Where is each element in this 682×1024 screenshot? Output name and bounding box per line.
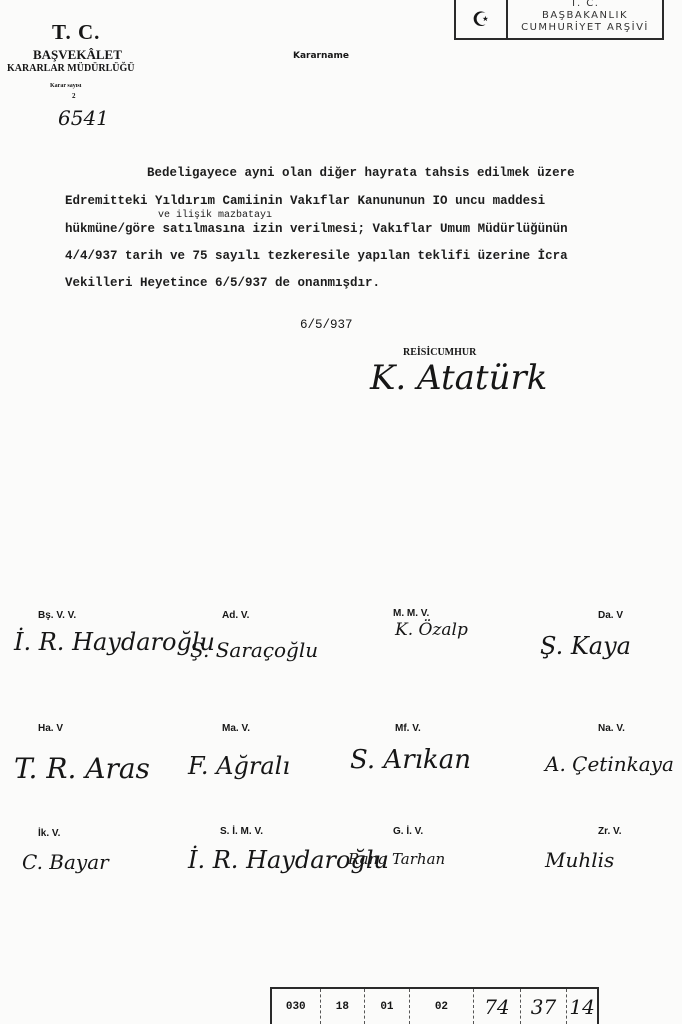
archive-stamp-text: T. C. BAŞBAKANLIK CUMHURİYET ARŞİVİ — [508, 0, 662, 38]
body-line-3-insert: ve ilişik mazbatayı — [158, 210, 272, 221]
minister-role: Ad. V. — [222, 610, 249, 621]
minister-role: Mf. V. — [395, 723, 421, 734]
minister-role: Ha. V — [38, 723, 63, 734]
minister-role: G. İ. V. — [393, 826, 423, 837]
ref-cell: 37 — [521, 989, 568, 1024]
president-signature: K. Atatürk — [370, 358, 547, 398]
minister-role: Bş. V. V. — [38, 610, 76, 621]
minister-role: Ma. V. — [222, 723, 250, 734]
body-line-4: 4/4/937 tarih ve 75 sayılı tezkeresile y… — [65, 249, 568, 263]
ref-cell: 18 — [321, 989, 366, 1024]
minister-signature: S. Arıkan — [350, 745, 471, 775]
minister-signature: Ş. Kaya — [540, 632, 631, 660]
minister-signature: C. Bayar — [22, 850, 109, 874]
minister-role: Na. V. — [598, 723, 625, 734]
ref-cell: 14 — [567, 989, 597, 1024]
stamp-line1: T. C. — [508, 0, 662, 10]
minister-signature: A. Çetinkaya — [545, 752, 674, 776]
minister-role: M. M. V. — [393, 608, 429, 619]
body-line-2: Edremitteki Yıldırım Camiinin Vakıflar K… — [65, 194, 545, 208]
ref-cell: 02 — [410, 989, 474, 1024]
ref-cell: 01 — [365, 989, 410, 1024]
minister-signature: Rana Tarhan — [348, 850, 445, 868]
body-line-5: Vekilleri Heyetince 6/5/937 de onanmışdı… — [65, 276, 380, 290]
ref-cell: 030 — [272, 989, 321, 1024]
minister-role: S. İ. M. V. — [220, 826, 263, 837]
minister-role: İk. V. — [38, 828, 60, 839]
minister-role: Zr. V. — [598, 826, 622, 837]
decision-label: Karar sayısı — [50, 83, 81, 89]
body-line-3: hükmüne/göre satılmasına izin verilmesi;… — [65, 222, 568, 236]
crescent-star-icon: ☪ — [456, 0, 508, 38]
minister-signature: K. Özalp — [395, 620, 468, 640]
document-date: 6/5/937 — [300, 318, 353, 332]
president-title: REİSİCUMHUR — [403, 347, 476, 358]
minister-signature: Muhlis — [545, 848, 614, 872]
stamp-line3: CUMHURİYET ARŞİVİ — [508, 22, 662, 34]
decision-sub: 2 — [72, 92, 76, 100]
body-line-1: Bedeligayece ayni olan diğer hayrata tah… — [147, 166, 575, 180]
minister-signature: İ. R. Haydaroğlu — [14, 628, 215, 656]
stamp-line2: BAŞBAKANLIK — [508, 10, 662, 22]
minister-signature: Ş. Saraçoğlu — [190, 638, 318, 662]
archive-stamp: ☪ T. C. BAŞBAKANLIK CUMHURİYET ARŞİVİ — [454, 0, 664, 40]
header-country: T. C. — [52, 20, 100, 45]
header-department: KARARLAR MÜDÜRLÜĞÜ — [7, 63, 135, 74]
minister-role: Da. V — [598, 610, 623, 621]
minister-signature: T. R. Aras — [14, 752, 150, 785]
header-office: BAŞVEKÂLET — [33, 47, 122, 63]
document-type: Kararname — [293, 51, 349, 61]
decision-number: 6541 — [58, 106, 109, 130]
reference-stamp: 030 18 01 02 74 37 14 — [270, 987, 599, 1024]
minister-signature: F. Ağralı — [188, 752, 290, 780]
ref-cell: 74 — [474, 989, 521, 1024]
